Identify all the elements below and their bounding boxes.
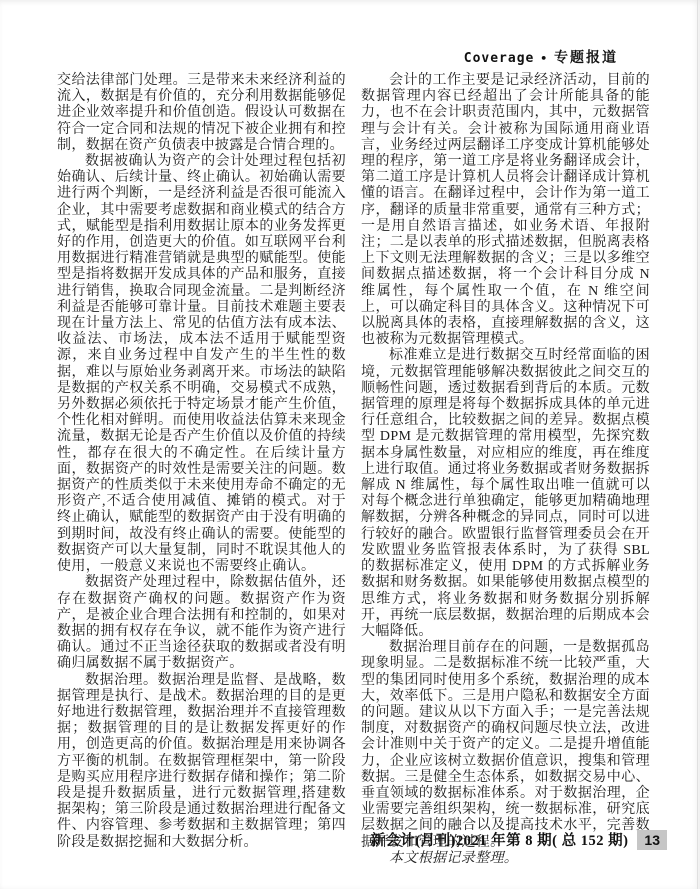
page-number: 13 — [637, 830, 667, 850]
journal-info: 新会计(月刊)2021 年第 8 期( 总 152 期) — [370, 829, 628, 850]
paragraph: 数据治理目前存在的问题，一是数据孤岛现象明显。二是数据标准不统一比较严重，大型的… — [361, 640, 650, 851]
editor-note: 本文根据记录整理。 — [361, 851, 650, 867]
left-column: 交给法律部门处理。三是带来未来经济利益的流入，数据是有价值的，充分利用数据能够促… — [57, 73, 346, 867]
paragraph: 交给法律部门处理。三是带来未来经济利益的流入，数据是有价值的，充分利用数据能够促… — [57, 73, 346, 154]
paragraph: 会计的工作主要是记录经济活动，目前的数据管理内容已经超出了会计所能具备的能力，也… — [361, 73, 650, 348]
article-body: 交给法律部门处理。三是带来未来经济利益的流入，数据是有价值的，充分利用数据能够促… — [57, 73, 650, 867]
magazine-page: Coverage•专题报道 交给法律部门处理。三是带来未来经济利益的流入，数据是… — [0, 0, 700, 889]
section-label-en: Coverage — [464, 51, 535, 66]
paragraph: 数据治理。数据治理是监督、是战略，数据管理是执行、是战术。数据治理的目的是更好地… — [57, 673, 346, 851]
bullet-separator-icon: • — [540, 52, 548, 65]
right-column: 会计的工作主要是记录经济活动，目前的数据管理内容已经超出了会计所能具备的能力，也… — [361, 73, 650, 867]
page-header: Coverage•专题报道 — [464, 47, 618, 67]
paragraph: 数据被确认为资产的会计处理过程包括初始确认、后续计量、终止确认。初始确认需要进行… — [57, 154, 346, 575]
paragraph: 标准难立是进行数据交互时经常面临的困境，元数据管理能够解决数据彼此之间交互的顺畅… — [361, 348, 650, 640]
paragraph: 数据资产处理过程中，除数据估值外，还存在数据资产确权的问题。数据资产作为资产，是… — [57, 575, 346, 672]
page-footer: 新会计(月刊)2021 年第 8 期( 总 152 期) 13 — [370, 829, 667, 850]
section-label-zh: 专题报道 — [554, 49, 618, 65]
